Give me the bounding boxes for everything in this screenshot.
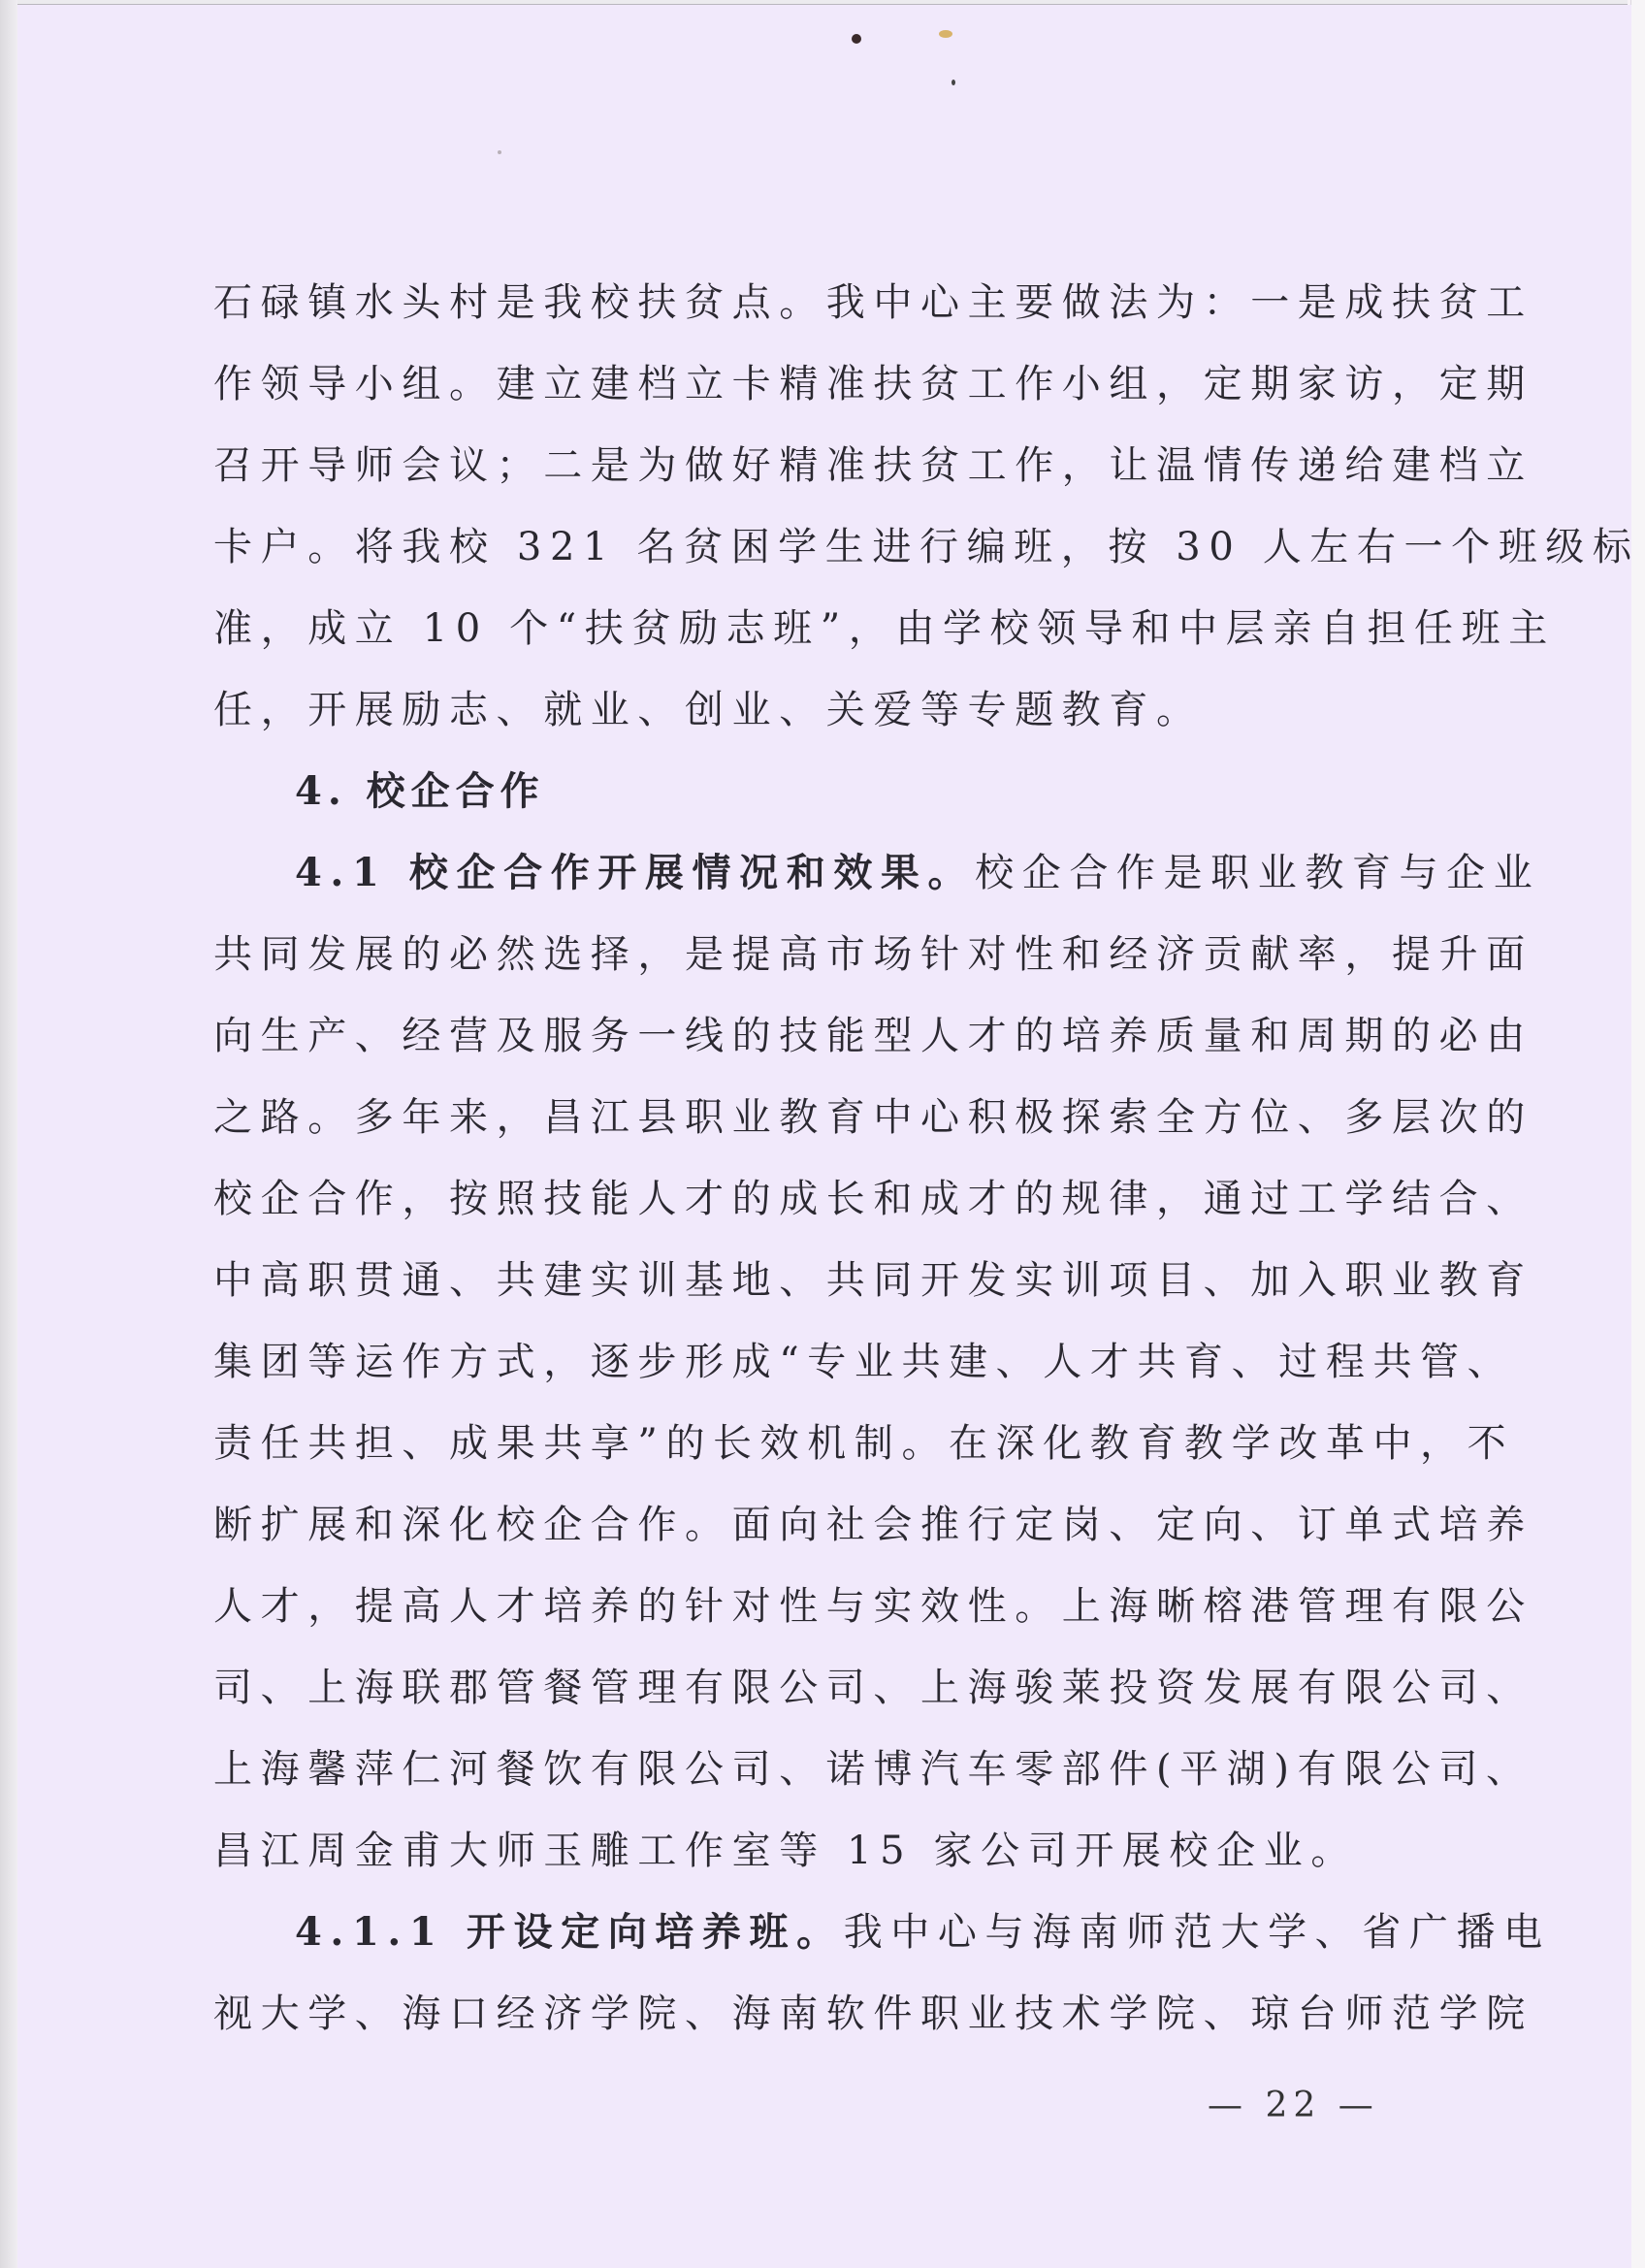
body-line: 司、上海联郡管餐管理有限公司、上海骏莱投资发展有限公司、: [213, 1647, 1435, 1729]
scan-speck: [939, 30, 952, 38]
body-line: 人才，提高人才培养的针对性与实效性。上海晰榕港管理有限公: [213, 1566, 1435, 1647]
body-line: 中高职贯通、共建实训基地、共同开发实训项目、加入职业教育: [213, 1240, 1435, 1321]
body-line: 责任共担、成果共享”的长效机制。在深化教育教学改革中，不: [213, 1403, 1435, 1484]
section-first-line: 4.1.1 开设定向培养班。我中心与海南师范大学、省广播电: [213, 1892, 1435, 1973]
body-line: 共同发展的必然选择，是提高市场针对性和经济贡献率，提升面: [213, 914, 1435, 995]
scan-speck: [952, 80, 955, 85]
body-text-run: 校企合作是职业教育与企业: [975, 851, 1540, 895]
body-line: 任，开展励志、就业、创业、关爱等专题教育。: [213, 669, 1435, 751]
scan-speck: [852, 34, 861, 44]
body-line: 集团等运作方式，逐步形成“专业共建、人才共育、过程共管、: [213, 1321, 1435, 1403]
body-line: 召开导师会议；二是为做好精准扶贫工作，让温情传递给建档立: [213, 425, 1435, 506]
body-line: 昌江周金甫大师玉雕工作室等 15 家公司开展校企业。: [213, 1810, 1435, 1892]
body-line: 上海馨萍仁河餐饮有限公司、诺博汽车零部件(平湖)有限公司、: [213, 1729, 1435, 1810]
scan-edge-right: [1630, 0, 1645, 2268]
scan-edge-top: [17, 0, 1628, 5]
body-line: 校企合作，按照技能人才的成长和成才的规律，通过工学结合、: [213, 1158, 1435, 1240]
document-body: 石碌镇水头村是我校扶贫点。我中心主要做法为：一是成扶贫工 作领导小组。建立建档立…: [213, 262, 1435, 2055]
section-first-line: 4.1 校企合作开展情况和效果。校企合作是职业教育与企业: [213, 832, 1435, 914]
body-line: 准，成立 10 个“扶贫励志班”，由学校领导和中层亲自担任班主: [213, 588, 1435, 669]
body-line: 作领导小组。建立建档立卡精准扶贫工作小组，定期家访，定期: [213, 343, 1435, 425]
scan-edge-left: [0, 0, 17, 2268]
body-line: 视大学、海口经济学院、海南软件职业技术学院、琼台师范学院: [213, 1973, 1435, 2055]
body-text-run: 我中心与海南师范大学、省广播电: [844, 1910, 1551, 1955]
body-line: 向生产、经营及服务一线的技能型人才的培养质量和周期的必由: [213, 995, 1435, 1077]
body-line: 断扩展和深化校企合作。面向社会推行定岗、定向、订单式培养: [213, 1484, 1435, 1566]
body-line: 石碌镇水头村是我校扶贫点。我中心主要做法为：一是成扶贫工: [213, 262, 1435, 343]
page-number: — 22 —: [1208, 2086, 1379, 2125]
body-line: 卡户。将我校 321 名贫困学生进行编班，按 30 人左右一个班级标: [213, 506, 1435, 588]
body-line: 之路。多年来，昌江县职业教育中心积极探索全方位、多层次的: [213, 1077, 1435, 1158]
section-heading: 4. 校企合作: [213, 751, 1435, 832]
scan-speck: [498, 150, 501, 154]
subsection-title: 4.1 校企合作开展情况和效果。: [295, 850, 975, 895]
subsection-title: 4.1.1 开设定向培养班。: [295, 1909, 844, 1955]
